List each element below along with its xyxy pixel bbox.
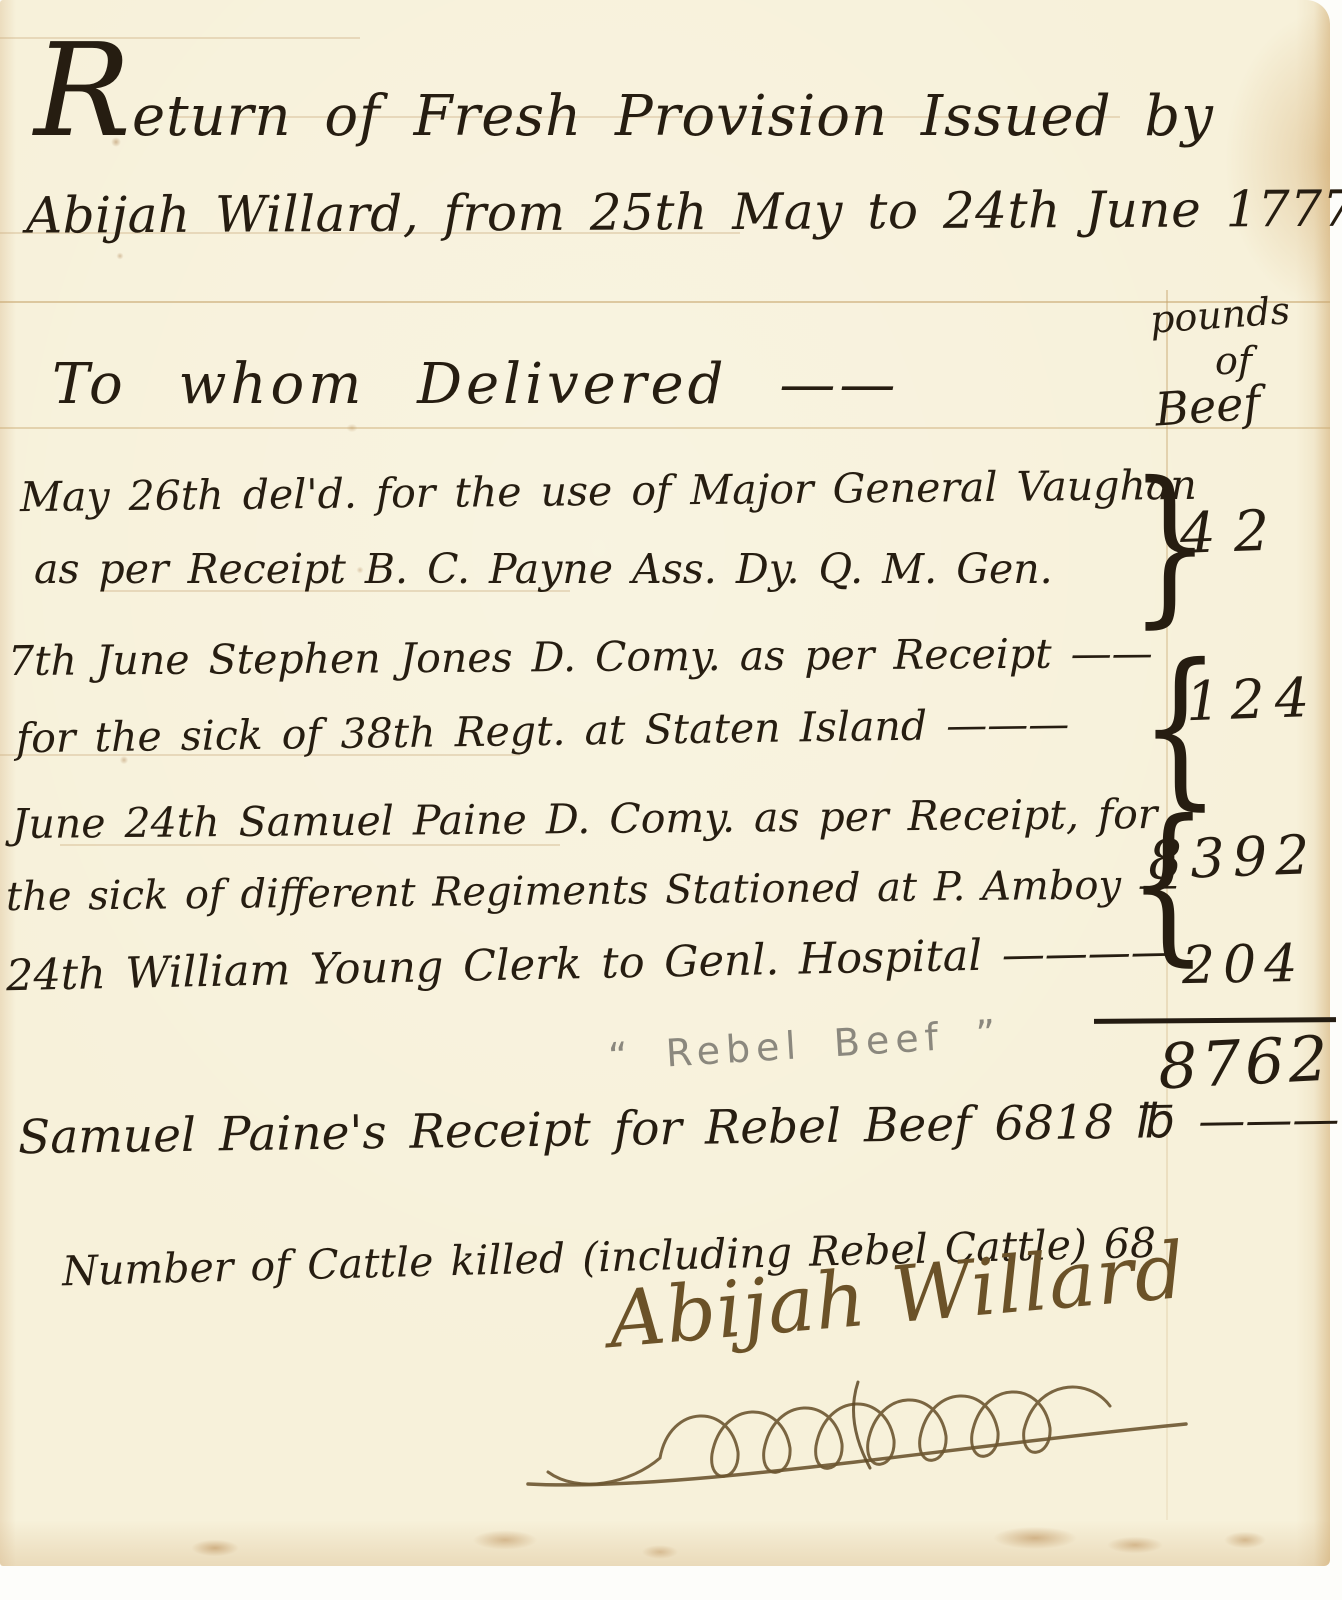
- fold-crease-header: [0, 427, 1330, 429]
- total-pounds: 8762: [1156, 1025, 1333, 1099]
- title-line-1: Return of Fresh Provision Issued by: [34, 16, 1214, 192]
- title-line-2: Abijah Willard, from 25th May to 24th Ju…: [26, 182, 1342, 242]
- entry-3-amount: 8392: [1147, 827, 1318, 890]
- rebel-beef-receipt-note: Samuel Paine's Receipt for Rebel Beef 68…: [18, 1095, 1340, 1163]
- scanned-manuscript-page: { "document": { "title_line1": "Return o…: [0, 0, 1342, 1600]
- column-header-pounds: pounds: [1149, 291, 1291, 341]
- entry-4-line-1: 24th William Young Clerk to Genl. Hospit…: [6, 930, 1175, 1000]
- manuscript-paper: Return of Fresh Provision Issued by Abij…: [0, 0, 1330, 1566]
- entry-2-line-2: for the sick of 38th Regt. at Staten Isl…: [16, 703, 1070, 761]
- signature-flourish: [518, 1372, 1208, 1502]
- entry-4-amount: 204: [1182, 937, 1306, 994]
- column-header-beef: Beef: [1153, 378, 1261, 434]
- entry-2-line-1: 7th June Stephen Jones D. Comy. as per R…: [8, 632, 1153, 683]
- entry-3-line-2: the sick of different Regiments Statione…: [6, 864, 1178, 918]
- entry-1-line-2: as per Receipt B. C. Payne Ass. Dy. Q. M…: [34, 548, 1053, 591]
- entry-1-line-1: May 26th del'd. for the use of Major Gen…: [20, 464, 1197, 519]
- delivered-header: To whom Delivered ——: [52, 356, 899, 415]
- pencil-annotation-rebel-beef: “ Rebel Beef ”: [607, 1014, 1003, 1078]
- entry-2-amount: 124: [1185, 670, 1320, 731]
- entry-3-line-1: June 24th Samuel Paine D. Comy. as per R…: [12, 793, 1158, 846]
- entry-1-amount: 42: [1179, 502, 1288, 565]
- fold-crease-upper: [0, 301, 1330, 303]
